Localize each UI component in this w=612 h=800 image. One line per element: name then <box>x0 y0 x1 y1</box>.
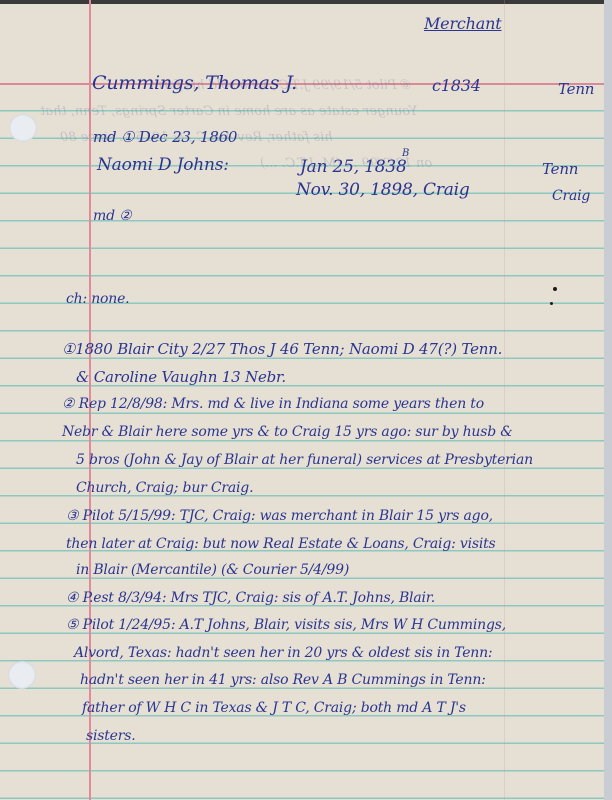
faint-column-line <box>504 0 505 800</box>
birth-year: c1834 <box>432 76 481 95</box>
stray-mark <box>553 287 557 291</box>
scan-right-edge <box>604 0 612 800</box>
note-1-line-2: & Caroline Vaughn 13 Nebr. <box>76 368 286 386</box>
note-5-line-5: sisters. <box>86 728 136 744</box>
bleed-text: Younger estate as are home in Carter Spr… <box>40 104 417 119</box>
person-name: Cummings, Thomas J. <box>92 72 297 94</box>
note-3-line-3: in Blair (Mercantile) (& Courier 5/4/99) <box>76 562 349 578</box>
children: ch: none. <box>66 291 129 307</box>
spouse-birth: Jan 25, 1838 <box>300 157 407 177</box>
second-marriage: md ② <box>93 208 131 224</box>
note-1-line-1: ①1880 Blair City 2/27 Thos J 46 Tenn; Na… <box>62 340 502 358</box>
note-3-line-2: then later at Craig: but now Real Estate… <box>66 536 496 552</box>
death-record: Nov. 30, 1898, Craig <box>296 180 470 200</box>
note-2-line-1: ② Rep 12/8/98: Mrs. md & live in Indiana… <box>62 396 484 412</box>
marriage-record: md ① Dec 23, 1860 <box>93 128 237 146</box>
spouse-birth-note: B <box>402 148 409 159</box>
note-5-line-1: ⑤ Pilot 1/24/95: A.T Johns, Blair, visit… <box>66 617 506 633</box>
note-3-line-1: ③ Pilot 5/15/99: TJC, Craig: was merchan… <box>66 508 493 524</box>
note-5-line-2: Alvord, Texas: hadn't seen her in 20 yrs… <box>74 645 492 661</box>
punch-hole-bottom <box>8 661 36 689</box>
birth-place: Tenn <box>558 80 594 98</box>
note-5-line-3: hadn't seen her in 41 yrs: also Rev A B … <box>80 672 486 688</box>
death-place: Craig <box>552 188 590 204</box>
scan-top-edge <box>0 0 612 4</box>
note-5-line-4: father of W H C in Texas & J T C, Craig;… <box>82 700 466 716</box>
spouse-birth-place: Tenn <box>542 160 578 178</box>
note-4-line-1: ④ P.est 8/3/94: Mrs TJC, Craig: sis of A… <box>66 590 435 606</box>
stray-mark <box>550 302 553 305</box>
note-2-line-2: Nebr & Blair here some yrs & to Craig 15… <box>62 424 513 440</box>
occupation: Merchant <box>424 14 501 33</box>
note-2-line-3: 5 bros (John & Jay of Blair at her funer… <box>76 452 533 468</box>
spouse-name: Naomi D Johns: <box>97 155 229 175</box>
note-2-line-4: Church, Craig; bur Craig. <box>76 480 253 496</box>
punch-hole-top <box>9 114 37 142</box>
